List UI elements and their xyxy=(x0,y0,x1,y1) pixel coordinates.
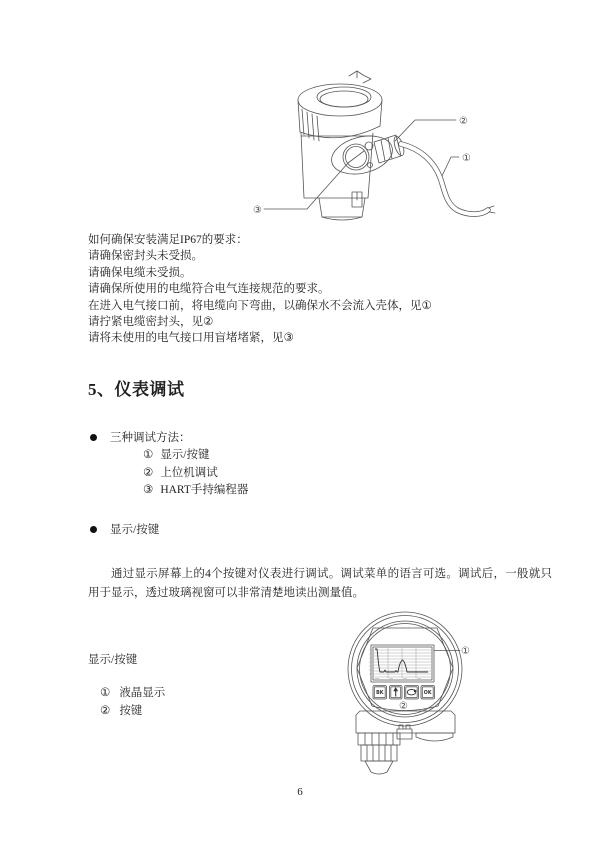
display-figure-list: ①液晶显示 ②按键 xyxy=(100,685,165,720)
item-number: ① xyxy=(143,449,153,461)
list-item: ②按键 xyxy=(100,703,165,721)
housing-clip xyxy=(397,725,412,739)
item-text: 液晶显示 xyxy=(119,687,165,699)
ip67-line: 在进入电气接口前，将电缆向下弯曲，以确保水不会流入壳体，见① xyxy=(88,298,558,314)
item-number: ② xyxy=(143,467,153,479)
list-item: ①显示/按键 xyxy=(143,447,248,465)
housing-lid xyxy=(298,71,382,141)
display-bullet: 显示/按键 xyxy=(90,521,159,537)
key-up xyxy=(390,686,403,700)
housing-body xyxy=(301,133,373,220)
ip67-line: 请确保所使用的电缆符合电气连接规范的要求。 xyxy=(88,281,558,297)
ip67-line: 如何确保安装满足IP67的要求： xyxy=(88,232,558,248)
callout-2: ② xyxy=(459,116,468,127)
transmitter-drawing: ② ① ③ xyxy=(245,62,505,232)
lid-clip xyxy=(349,71,371,83)
key-bk: BK xyxy=(373,686,387,700)
keypad: BK xyxy=(373,686,435,700)
display-figure: BK xyxy=(340,598,490,783)
display-figure-label: 显示/按键 xyxy=(88,651,137,667)
list-item: ②上位机调试 xyxy=(143,465,248,483)
item-number: ① xyxy=(100,687,110,699)
cable-gland xyxy=(358,733,400,774)
cable-gland xyxy=(374,135,406,163)
echo-curve xyxy=(375,649,428,672)
ip67-line: 请确保密封头未受损。 xyxy=(88,248,558,264)
cable xyxy=(401,144,495,214)
ip67-line: 请确保电缆未受损。 xyxy=(88,265,558,281)
display-bullet-label: 显示/按键 xyxy=(110,521,159,537)
item-text: 按键 xyxy=(119,705,142,717)
bullet-icon xyxy=(90,434,97,441)
display-drawing: BK xyxy=(340,598,490,783)
callout-1: ① xyxy=(462,153,471,164)
list-item: ①液晶显示 xyxy=(100,685,165,703)
methods-bullet: 三种调试方法： xyxy=(90,429,191,445)
key-loop xyxy=(405,686,419,700)
callout-2: ② xyxy=(399,701,408,712)
up-arrow-icon xyxy=(393,687,398,697)
item-number: ② xyxy=(100,705,110,717)
ip67-line: 请拧紧电缆密封头，见② xyxy=(88,314,558,330)
ip67-instructions: 如何确保安装满足IP67的要求： 请确保密封头未受损。 请确保电缆未受损。 请确… xyxy=(88,232,558,347)
list-item: ③HART手持编程器 xyxy=(143,482,248,500)
key-bk-label: BK xyxy=(376,690,384,696)
key-ok-label: OK xyxy=(424,690,432,696)
item-text: 上位机调试 xyxy=(160,467,218,479)
methods-list: ①显示/按键 ②上位机调试 ③HART手持编程器 xyxy=(143,447,248,500)
page-number: 6 xyxy=(0,786,600,798)
section-heading: 5、仪表调试 xyxy=(88,380,185,400)
ip67-line: 请将未使用的电气接口用盲堵堵紧，见③ xyxy=(88,330,558,346)
item-number: ③ xyxy=(143,484,153,496)
item-text: HART手持编程器 xyxy=(160,484,248,496)
housing-plate xyxy=(416,733,453,741)
methods-label: 三种调试方法： xyxy=(110,429,191,445)
manual-page: ② ① ③ 如何确保安装满足IP67的要求： 请确保密封头未受损。 请确保电缆未… xyxy=(0,0,600,848)
key-ok: OK xyxy=(421,686,435,700)
callout-1: ① xyxy=(461,646,470,657)
transmitter-figure: ② ① ③ xyxy=(245,62,505,232)
loop-arrow-icon xyxy=(407,689,417,695)
callout-3: ③ xyxy=(253,205,262,216)
bottom-tab xyxy=(352,192,362,207)
lcd-display xyxy=(369,645,434,682)
bullet-icon xyxy=(90,526,97,533)
item-text: 显示/按键 xyxy=(160,449,209,461)
